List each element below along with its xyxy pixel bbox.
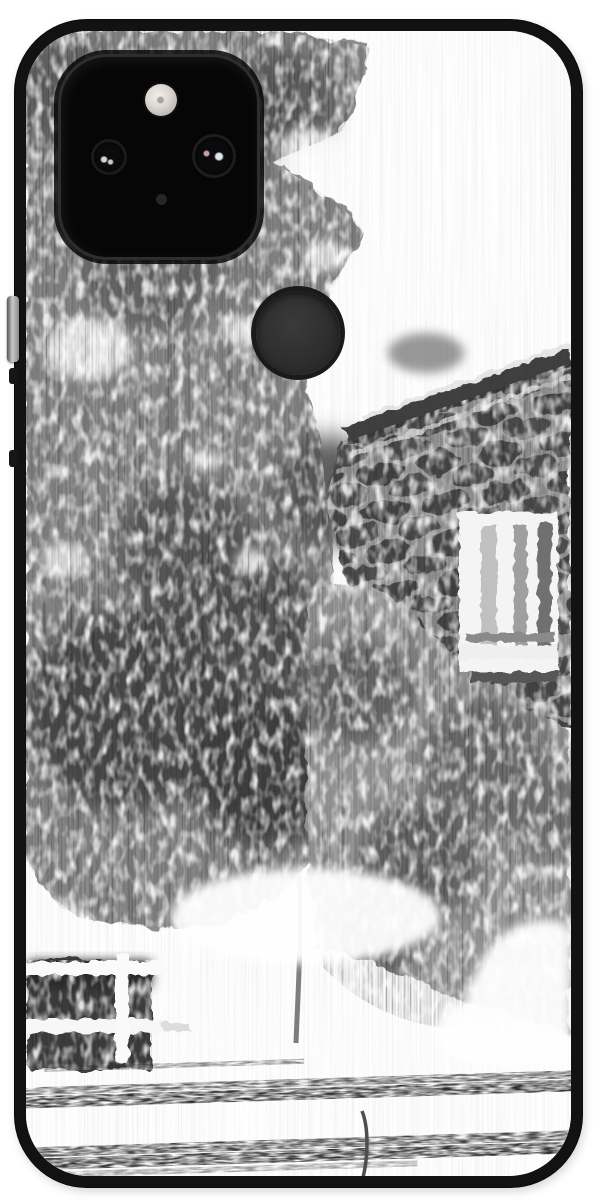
product-photo	[0, 0, 600, 1203]
cottage-window	[459, 512, 558, 682]
phone-case	[15, 20, 582, 1187]
volume-button-nub	[9, 368, 18, 384]
camera-module	[61, 57, 257, 257]
flash-icon	[145, 84, 177, 116]
fingerprint-sensor-cutout	[256, 291, 340, 375]
side-button-nub	[9, 450, 18, 467]
ultrawide-lens-icon	[94, 142, 124, 172]
mic-hole-icon	[156, 194, 167, 205]
power-button	[7, 296, 19, 362]
main-lens-icon	[195, 137, 233, 175]
